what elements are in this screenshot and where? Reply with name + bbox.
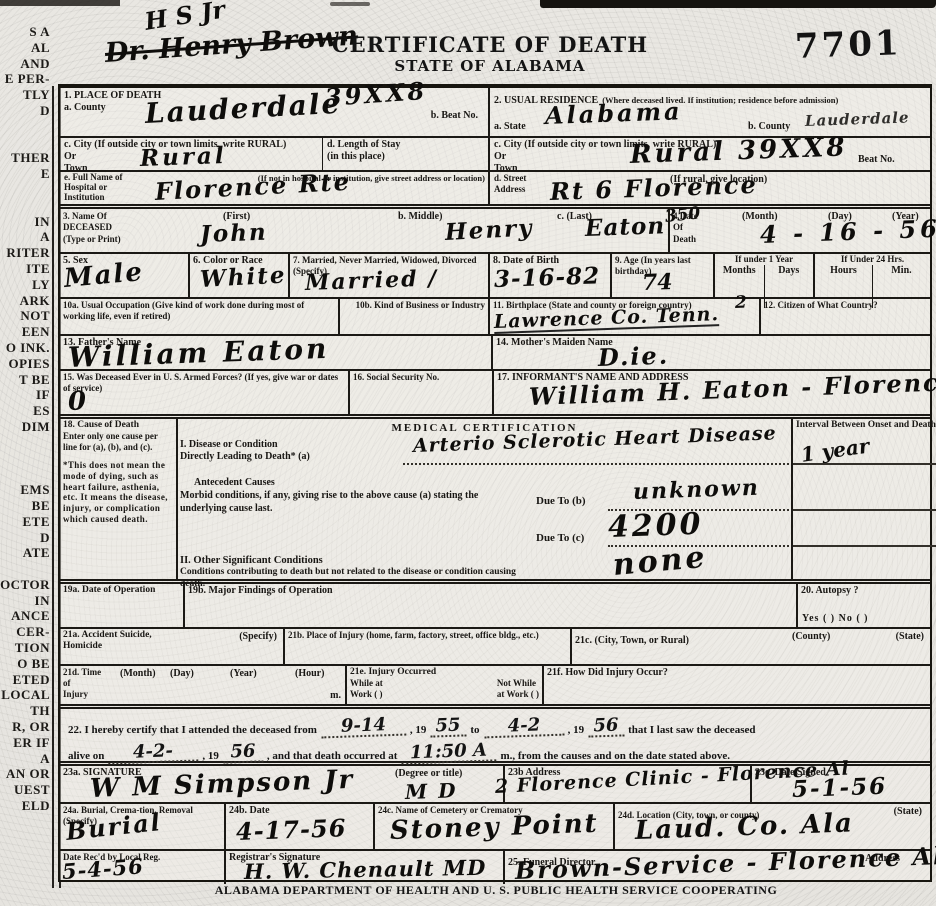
field-11-value: Lawrence Co. Tenn.: [494, 305, 720, 334]
margin-fragment: IN: [0, 593, 50, 609]
field-24a-value: Burial: [65, 810, 163, 844]
margin-fragment: AL: [0, 40, 50, 56]
field-1c-value: Rural: [140, 144, 227, 170]
date-of-death-cell: 4 Date Of Death (Month) (Day) (Year) 4 -…: [668, 209, 930, 252]
field-reg-value: 5-4-56: [61, 855, 144, 882]
field-16-label: 16. Social Security No.: [353, 372, 489, 383]
margin-fragment: ES: [0, 403, 50, 419]
field-1e-label: e. Full Name of Hospital or Institution: [64, 173, 144, 203]
margin-fragment: ER IF: [0, 735, 50, 751]
margin-fragment: THER: [0, 150, 50, 166]
margin-fragment: E: [0, 166, 50, 182]
row-parents: 13. Father's Name William Eaton 14. Moth…: [60, 336, 930, 371]
field-21d-month: (Month): [120, 668, 156, 680]
left-margin-fragments: S AALANDE PER-TLYDTHEREINARITERITELYARKN…: [0, 0, 50, 906]
row-place-residence: 1. PLACE OF DEATH a. County b. Beat No. …: [60, 88, 930, 209]
margin-fragment: ATE: [0, 545, 50, 561]
interval-line-3: [793, 529, 936, 547]
race-cell: 6. Color or Race White: [190, 254, 290, 297]
interval-cell: Interval Between Onset and Death 1 year: [793, 419, 936, 579]
margin-fragment: AN OR: [0, 766, 50, 782]
field-15-label: 15. Was Deceased Ever in U. S. Armed For…: [63, 372, 345, 394]
father-cell: 13. Father's Name William Eaton: [60, 336, 493, 369]
registrar-signature-cell: Registrar's Signature H. W. Chenault MD: [226, 851, 505, 884]
margin-fragment: UEST: [0, 782, 50, 798]
field-3-last-value: Eaton: [585, 214, 666, 240]
header-annotation-top: H S Jr: [143, 0, 226, 34]
margin-fragment: IF: [0, 387, 50, 403]
field-1e-value: Florence Rte: [154, 170, 351, 204]
field-14-value: D.ie.: [598, 344, 670, 370]
injury-location-cell: 21c. (City, Town, or Rural) (County) (St…: [572, 629, 930, 664]
certify-value-time: 11:50 A: [401, 741, 497, 764]
field-21f-label: 21f. How Did Injury Occur?: [547, 667, 927, 679]
margin-fragment: [0, 451, 50, 467]
margin-fragment: O INK.: [0, 340, 50, 356]
field-3-middle-label: b. Middle): [398, 211, 442, 223]
margin-fragment: D: [0, 530, 50, 546]
field-3-middle-value: Henry: [444, 216, 534, 244]
row-certify: 22. I hereby certify that I attended the…: [60, 709, 930, 766]
certificate-subtitle: STATE OF ALABAMA: [330, 59, 650, 74]
field-8-value: 3-16-82: [494, 264, 601, 291]
under-24h-cell: If Under 24 Hrs. Hours Min.: [815, 254, 930, 297]
field-9-value: 74: [642, 271, 673, 294]
certify-value-from-year: 55: [430, 716, 467, 737]
field-13-value: William Eaton: [68, 335, 330, 372]
field-21d-hour: (Hour): [295, 668, 324, 680]
certify-statement-cell: 22. I hereby certify that I attended the…: [60, 709, 930, 761]
field-1a-county-value: Lauderdale: [144, 90, 342, 128]
field-23a-value: W M Simpson Jr: [90, 767, 355, 802]
field-21c-county: (County): [792, 631, 830, 643]
field-24d-value: Laud. Co. Ala: [635, 810, 855, 844]
certificate-form: 1. PLACE OF DEATH a. County b. Beat No. …: [58, 84, 932, 882]
field-21d-year: (Year): [230, 668, 257, 680]
field-19b-label: 19b. Major Findings of Operation: [188, 585, 793, 597]
row-operation: 19a. Date of Operation 19b. Major Findin…: [60, 584, 930, 629]
margin-fragment: TION: [0, 640, 50, 656]
field-21d-day: (Day): [170, 668, 194, 680]
field-21e-notwhile-2: at Work ( ): [497, 689, 539, 700]
field-15-value: 0: [68, 388, 87, 415]
field-21d-label: 21d. Time of Injury: [63, 667, 123, 699]
med-c-label: Due To (c): [536, 532, 584, 545]
margin-fragment: A: [0, 229, 50, 245]
med-antecedent-body: Morbid conditions, if any, giving rise t…: [180, 489, 500, 515]
field-11-over-value: 2: [735, 295, 747, 312]
margin-fragment: IN: [0, 214, 50, 230]
field-21c-label: 21c. (City, Town, or Rural): [575, 635, 689, 647]
field-21a-label: 21a. Accident Suicide, Homicide: [63, 630, 193, 653]
med-interval-label: Interval Between Onset and Death: [796, 420, 936, 431]
row-injury-time: 21d. Time of Injury (Month) (Day) (Year)…: [60, 666, 930, 709]
field-9m-label: If under 1 Year: [715, 254, 813, 265]
margin-fragment: T BE: [0, 372, 50, 388]
row-signature: 23a. SIGNATURE W M Simpson Jr (Degree or…: [60, 766, 930, 804]
margin-fragment: O BE: [0, 656, 50, 672]
form-footer: ALABAMA DEPARTMENT OF HEALTH AND U. S. P…: [60, 884, 932, 896]
field-24b-value: 4-17-56: [236, 816, 347, 844]
margin-fragment: D: [0, 103, 50, 119]
field-18-title: 18. Cause of Death: [63, 420, 173, 431]
margin-fragment: ETED: [0, 672, 50, 688]
operation-date-cell: 19a. Date of Operation: [60, 584, 185, 627]
field-4-label: 4 Date Of Death: [673, 211, 698, 245]
margin-fragment: LOCAL: [0, 687, 50, 703]
margin-fragment: ETE: [0, 514, 50, 530]
certify-text-2: , 19: [410, 723, 427, 737]
certify-value-alive-year: 56: [223, 742, 264, 763]
name-of-deceased-cell: 3. Name Of DECEASED (Type or Print) (Fir…: [60, 209, 668, 252]
field-21b-label: 21b. Place of Injury (home, farm, factor…: [288, 630, 567, 641]
field-3-label: 3. Name Of DECEASED (Type or Print): [63, 211, 121, 245]
burial-date-cell: 24b. Date 4-17-56: [226, 804, 375, 849]
certify-text-9: m., from the causes and on the date stat…: [500, 749, 730, 763]
dob-cell: 8. Date of Birth 3-16-82: [490, 254, 612, 297]
field-1e-institution: e. Full Name of Hospital or Institution …: [60, 172, 488, 205]
field-5-value: Male: [63, 259, 145, 292]
margin-fragment: TLY: [0, 87, 50, 103]
injury-occurred-cell: 21e. Injury Occurred While at Work ( ) N…: [347, 666, 544, 704]
field-19a-label: 19a. Date of Operation: [63, 585, 180, 596]
field-1d-note: (in this place): [327, 151, 484, 163]
margin-fragment: ANCE: [0, 608, 50, 624]
field-10b-label: 10b. Kind of Business or Industry: [343, 300, 485, 311]
interval-line-2: [793, 493, 936, 511]
age-cell: 9. Age (In years last birthday) 74: [612, 254, 715, 297]
margin-fragment: A: [0, 751, 50, 767]
row-service-informant: 15. Was Deceased Ever in U. S. Armed For…: [60, 371, 930, 419]
med-a-line: [403, 447, 789, 465]
certify-text-3: to: [470, 723, 479, 737]
margin-fragment: CER-: [0, 624, 50, 640]
scan-smudge-dot: [330, 2, 370, 6]
sex-cell: 5. Sex Male: [60, 254, 190, 297]
field-21e-while-1: While at: [350, 678, 383, 689]
field-2a-label: a. State: [494, 121, 526, 133]
margin-fragment: DIM: [0, 419, 50, 435]
scanned-death-certificate: { "left_margin": { "fragments": ["S A","…: [0, 0, 936, 906]
field-21e-notwhile-1: Not While: [497, 678, 539, 689]
field-24d-state: (State): [894, 806, 922, 818]
margin-fragment: TH: [0, 703, 50, 719]
field-1a-county: 1. PLACE OF DEATH a. County b. Beat No. …: [60, 88, 488, 138]
row-cause-of-death: 18. Cause of Death Enter only one cause …: [60, 419, 930, 584]
certify-value-to-year: 56: [588, 716, 625, 737]
field-2c-city: c. City (If outside city or town limits,…: [490, 138, 930, 172]
margin-fragment: [0, 466, 50, 482]
header-annotation-struck-name: Dr. Henry Brown: [104, 22, 359, 67]
certify-value-from: 9-14: [321, 716, 407, 739]
margin-fragment: BE: [0, 498, 50, 514]
autopsy-cell: 20. Autopsy ? Yes ( ) No ( ): [798, 584, 930, 627]
certify-text-4: , 19: [568, 723, 585, 737]
field-21d-m: m.: [330, 690, 341, 702]
mother-cell: 14. Mother's Maiden Name D.ie.: [493, 336, 930, 369]
marital-cell: 7. Married, Never Married, Widowed, Divo…: [290, 254, 490, 297]
injury-place-cell: 21b. Place of Injury (home, farm, factor…: [285, 629, 572, 664]
margin-fragment: RITER: [0, 245, 50, 261]
field-2c-value: Rural 39XX8: [630, 134, 848, 168]
scan-smudge-top: [540, 0, 936, 8]
field-10a-label: 10a. Usual Occupation (Give kind of work…: [63, 300, 335, 322]
med-a-label-1: I. Disease or Condition: [180, 439, 278, 451]
field-2b-value: Lauderdale: [805, 110, 910, 129]
field-20-label: 20. Autopsy ?: [801, 585, 927, 597]
row-registrar: Date Rec'd by Local Reg. 5-4-56 Registra…: [60, 851, 930, 884]
field-1c-city: c. City (If outside city or town limits,…: [60, 138, 488, 172]
certify-text-6: alive on: [68, 749, 104, 763]
field-3-first-value: John: [200, 221, 268, 246]
cemetery-cell: 24c. Name of Cemetery or Crematory Stone…: [375, 804, 615, 849]
med-a-label-2: Directly Leading to Death* (a): [180, 451, 310, 463]
field-1b-label: b. Beat No.: [431, 110, 478, 122]
occupation-cell: 10a. Usual Occupation (Give kind of work…: [60, 299, 340, 334]
certify-value-alive: 4-2-: [108, 741, 199, 764]
margin-fragment: R, OR: [0, 719, 50, 735]
margin-fragment: ARK: [0, 293, 50, 309]
informant-cell: 17. INFORMANT'S NAME AND ADDRESS William…: [494, 371, 930, 414]
field-23a-degree-value: M D: [405, 780, 458, 802]
certify-text-8: , and that death occurred at: [267, 749, 398, 763]
field-14-label: 14. Mother's Maiden Name: [496, 337, 927, 349]
how-injury-cell: 21f. How Did Injury Occur?: [544, 666, 930, 704]
injury-time-cell: 21d. Time of Injury (Month) (Day) (Year)…: [60, 666, 347, 704]
field-23c-value: 5-1-56: [792, 775, 888, 801]
margin-fragment: OPIES: [0, 356, 50, 372]
margin-fragment: S A: [0, 24, 50, 40]
field-12-label: 12. Citizen of What Country?: [764, 300, 927, 311]
row-occupation-birthplace: 10a. Usual Occupation (Give kind of work…: [60, 299, 930, 336]
certify-text-1: 22. I hereby certify that I attended the…: [68, 723, 317, 737]
field-sig-value: H. W. Chenault MD: [244, 857, 487, 882]
date-received-cell: Date Rec'd by Local Reg. 5-4-56: [60, 851, 226, 884]
accident-cell: 21a. Accident Suicide, Homicide (Specify…: [60, 629, 285, 664]
margin-fragment: [0, 435, 50, 451]
field-4-value: 4 - 16 - 56: [760, 217, 936, 247]
field-21c-state: (State): [896, 631, 924, 643]
burial-type-cell: 24a. Burial, Crema-tion, Removal (Specif…: [60, 804, 226, 849]
margin-fragment: AND: [0, 56, 50, 72]
field-20-options: Yes ( ) No ( ): [802, 613, 869, 625]
certify-value-to: 4-2: [483, 716, 564, 739]
operation-findings-cell: 19b. Major Findings of Operation: [185, 584, 798, 627]
medical-certification-cell: MEDICAL CERTIFICATION I. Disease or Cond…: [178, 419, 793, 579]
certificate-title: CERTIFICATE OF DEATH: [330, 34, 650, 55]
margin-fragment: [0, 561, 50, 577]
margin-fragment: E PER-: [0, 71, 50, 87]
field-1a-overwrite-value: 39XX8: [324, 79, 428, 110]
usual-residence-block: 2. USUAL RESIDENCE (Where deceased lived…: [490, 88, 930, 204]
field-2d-value: Rt 6 Florence: [550, 173, 759, 204]
interval-line-1: [793, 447, 936, 465]
margin-fragment: [0, 119, 50, 135]
field-2d-street: d. Street Address (If rural, give locati…: [490, 172, 930, 205]
margin-fragment: OCTOR: [0, 577, 50, 593]
row-name-dod: 3. Name Of DECEASED (Type or Print) (Fir…: [60, 209, 930, 254]
margin-fragment: EEN: [0, 324, 50, 340]
field-2a-value: Alabama: [545, 99, 683, 128]
signature-cell: 23a. SIGNATURE W M Simpson Jr (Degree or…: [60, 766, 505, 802]
field-21a-specify: (Specify): [239, 631, 277, 643]
margin-fragment: [0, 135, 50, 151]
certify-text-7: , 19: [202, 749, 219, 763]
margin-fragment: LY: [0, 277, 50, 293]
field-21e-label: 21e. Injury Occurred: [350, 667, 539, 678]
armed-forces-cell: 15. Was Deceased Ever in U. S. Armed For…: [60, 371, 350, 414]
field-7-value: Married /: [305, 267, 439, 294]
field-2a-state-county: 2. USUAL RESIDENCE (Where deceased lived…: [490, 88, 930, 138]
field-2c-beat-label: Beat No.: [858, 154, 895, 166]
field-1d-label: d. Length of Stay: [327, 139, 484, 151]
row-burial: 24a. Burial, Crema-tion, Removal (Specif…: [60, 804, 930, 851]
field-18-note: *This does not mean the mode of dying, s…: [63, 460, 173, 525]
margin-fragment: [0, 198, 50, 214]
med-ii-value: none: [612, 543, 709, 581]
citizen-cell: 12. Citizen of What Country?: [761, 299, 930, 334]
med-b-label: Due To (b): [536, 495, 586, 508]
med-ii-title: II. Other Significant Conditions: [180, 555, 323, 568]
field-21e-while-2: Work ( ): [350, 689, 383, 700]
industry-cell: 10b. Kind of Business or Industry: [340, 299, 490, 334]
field-6-value: White: [199, 263, 287, 290]
margin-fragment: ITE: [0, 261, 50, 277]
row-accident: 21a. Accident Suicide, Homicide (Specify…: [60, 629, 930, 666]
ssn-cell: 16. Social Security No.: [350, 371, 494, 414]
funeral-director-cell: 25. Funeral Director Address Brown-Servi…: [505, 851, 930, 884]
address-23b-cell: 23b Address 2 Florence Clinic - Florence…: [505, 766, 752, 802]
cause-instructions-cell: 18. Cause of Death Enter only one cause …: [60, 419, 178, 579]
med-antecedent-title: Antecedent Causes: [194, 477, 275, 489]
certify-text-5: that I last saw the deceased: [628, 723, 755, 737]
row-demographics: 5. Sex Male 6. Color or Race White 7. Ma…: [60, 254, 930, 299]
field-2b-label: b. County: [748, 121, 790, 133]
margin-fragment: NOT: [0, 308, 50, 324]
place-of-death-block: 1. PLACE OF DEATH a. County b. Beat No. …: [60, 88, 490, 204]
certificate-number: 7701: [794, 26, 902, 64]
birthplace-cell: 11. Birthplace (State and county or fore…: [490, 299, 761, 334]
field-24c-value: Stoney Point: [390, 811, 599, 844]
margin-fragment: [0, 182, 50, 198]
field-18-instruction: Enter only one cause per line for (a), (…: [63, 431, 173, 453]
date-signed-cell: 23c. Date Signed 5-1-56: [752, 766, 930, 802]
margin-fragment: ELD: [0, 798, 50, 814]
field-9h-label: If Under 24 Hrs.: [815, 254, 930, 265]
under-1-year-cell: If under 1 Year Months Days: [715, 254, 815, 297]
margin-fragment: EMS: [0, 482, 50, 498]
